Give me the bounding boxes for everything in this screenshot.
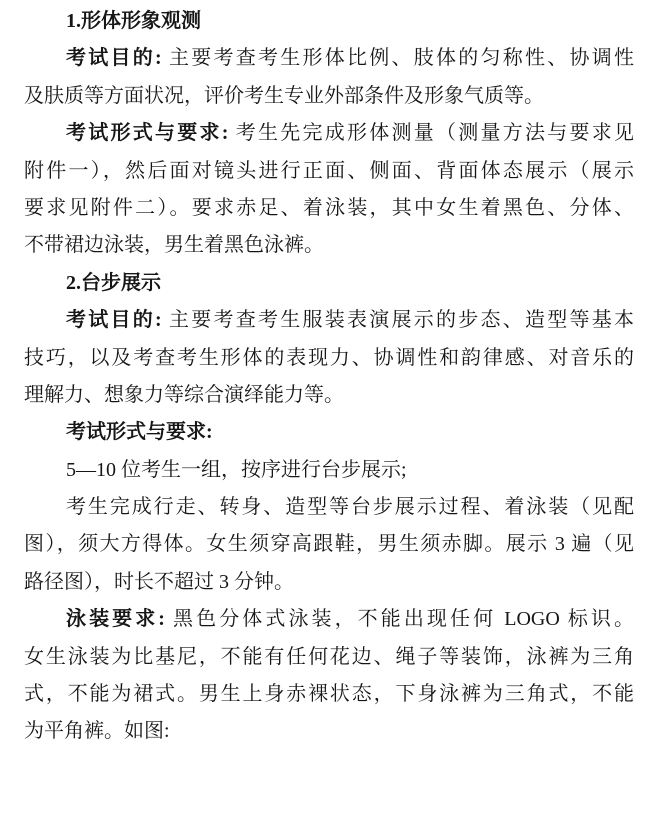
line-text: 女生泳装为比基尼，不能有任何花边、绳子等装饰，泳裤为三角	[24, 646, 634, 668]
line-text: 技巧，以及考查考生形体的表现力、协调性和韵律感、对音乐的	[24, 347, 634, 369]
doc-line: 考试形式与要求: 考生先完成形体测量（测量方法与要求见	[24, 115, 634, 152]
runin-label: 考试形式与要求:	[66, 421, 213, 443]
heading-text: 2.台步展示	[66, 272, 161, 294]
doc-line: 式，不能为裙式。男生上身赤裸状态，下身泳裤为三角式，不能	[24, 676, 634, 713]
line-text: 考生先完成形体测量（测量方法与要求见	[228, 122, 634, 144]
line-text: 5—10 位考生一组，按序进行台步展示;	[66, 459, 407, 481]
line-text: 不带裙边泳装，男生着黑色泳裤。	[24, 234, 324, 256]
doc-line: 考生完成行走、转身、造型等台步展示过程、着泳装（见配	[24, 489, 634, 526]
line-text: 要求见附件二）。要求赤足、着泳装，其中女生着黑色、分体、	[24, 197, 634, 219]
line-text: 黑色分体式泳装，不能出现任何 LOGO 标识。	[165, 608, 634, 630]
section-heading-2: 2.台步展示	[24, 265, 634, 302]
doc-line: 不带裙边泳装，男生着黑色泳裤。	[24, 227, 634, 264]
line-text: 路径图），时长不超过 3 分钟。	[24, 571, 294, 593]
line-text: 及肤质等方面状况，评价考生专业外部条件及形象气质等。	[24, 85, 544, 107]
doc-line: 考试目的: 主要考查考生服装表演展示的步态、造型等基本	[24, 302, 634, 339]
doc-line: 泳装要求: 黑色分体式泳装，不能出现任何 LOGO 标识。	[24, 601, 634, 638]
doc-line: 理解力、想象力等综合演绎能力等。	[24, 377, 634, 414]
runin-label: 考试目的:	[66, 47, 162, 69]
doc-line: 图），须大方得体。女生须穿高跟鞋，男生须赤脚。展示 3 遍（见	[24, 526, 634, 563]
doc-line: 路径图），时长不超过 3 分钟。	[24, 564, 634, 601]
doc-line: 考试形式与要求:	[24, 414, 634, 451]
doc-line: 附件一），然后面对镜头进行正面、侧面、背面体态展示（展示	[24, 153, 634, 190]
line-text: 考生完成行走、转身、造型等台步展示过程、着泳装（见配	[66, 496, 634, 518]
doc-line: 要求见附件二）。要求赤足、着泳装，其中女生着黑色、分体、	[24, 190, 634, 227]
heading-text: 1.形体形象观测	[66, 10, 201, 32]
doc-line: 技巧，以及考查考生形体的表现力、协调性和韵律感、对音乐的	[24, 340, 634, 377]
runin-label: 考试形式与要求:	[66, 122, 228, 144]
line-text: 主要考查考生形体比例、肢体的匀称性、协调性	[162, 47, 634, 69]
doc-line: 及肤质等方面状况，评价考生专业外部条件及形象气质等。	[24, 78, 634, 115]
document-page: 1.形体形象观测 考试目的: 主要考查考生形体比例、肢体的匀称性、协调性 及肤质…	[0, 0, 658, 821]
line-text: 主要考查考生服装表演展示的步态、造型等基本	[162, 309, 634, 331]
section-heading-1: 1.形体形象观测	[24, 3, 634, 40]
doc-line: 为平角裤。如图:	[24, 713, 634, 750]
line-text: 图），须大方得体。女生须穿高跟鞋，男生须赤脚。展示 3 遍（见	[24, 533, 634, 555]
line-text: 为平角裤。如图:	[24, 720, 170, 742]
line-text: 式，不能为裙式。男生上身赤裸状态，下身泳裤为三角式，不能	[24, 683, 634, 705]
line-text: 附件一），然后面对镜头进行正面、侧面、背面体态展示（展示	[24, 160, 634, 182]
runin-label: 泳装要求:	[66, 608, 165, 630]
runin-label: 考试目的:	[66, 309, 162, 331]
doc-line: 女生泳装为比基尼，不能有任何花边、绳子等装饰，泳裤为三角	[24, 639, 634, 676]
doc-line: 5—10 位考生一组，按序进行台步展示;	[24, 452, 634, 489]
doc-line: 考试目的: 主要考查考生形体比例、肢体的匀称性、协调性	[24, 40, 634, 77]
line-text: 理解力、想象力等综合演绎能力等。	[24, 384, 344, 406]
